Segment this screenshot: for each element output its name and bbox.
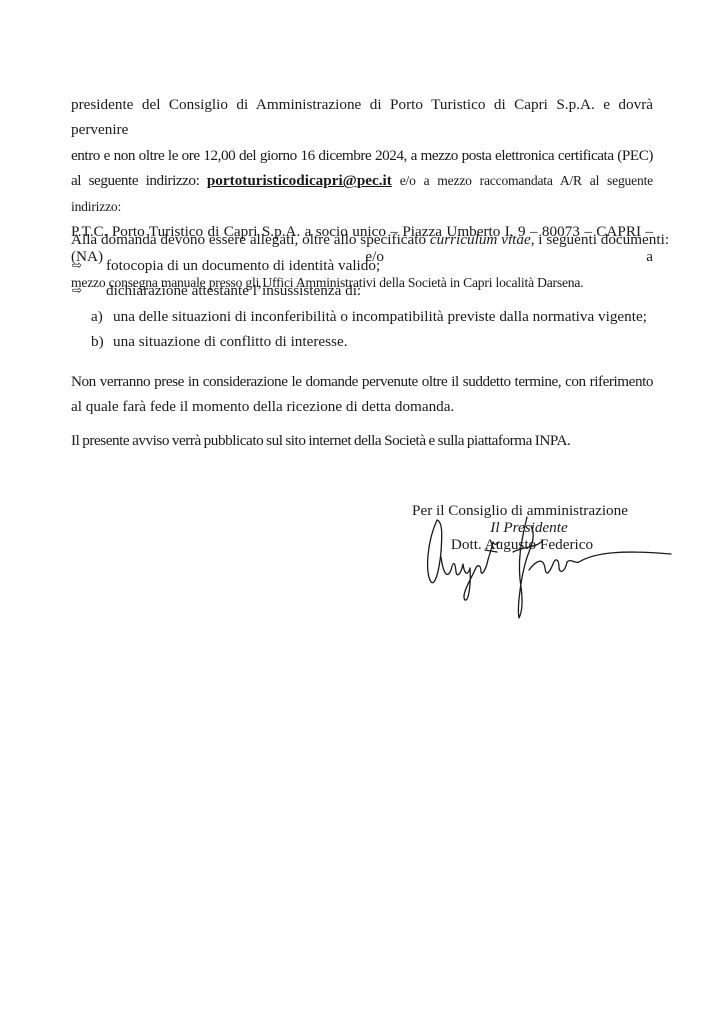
text-line: entro e non oltre le ore 12,00 del giorn… — [71, 143, 653, 168]
text-fragment: Alla domanda devono essere allegati, olt… — [71, 231, 430, 248]
sub-list-text: una situazione di conflitto di interesse… — [113, 329, 348, 354]
list-item-text: fotocopia di un documento di identità va… — [106, 253, 380, 278]
list-item-text: dichiarazione attestante l’insussistenza… — [106, 278, 361, 303]
text-fragment: al seguente indirizzo: — [71, 172, 207, 189]
text-line: al quale farà fede il momento della rice… — [71, 394, 653, 419]
sub-list-marker: b) — [91, 329, 104, 354]
paragraph-deadline-notice: Non verranno prese in considerazione le … — [71, 369, 653, 420]
curriculum-vitae-term: curriculum vitae — [430, 231, 531, 248]
list-item: ⇨ dichiarazione attestante l’insussisten… — [71, 278, 653, 303]
text-line: presidente del Consiglio di Amministrazi… — [71, 92, 653, 143]
signature-heading: Per il Consiglio di amministrazione — [400, 502, 640, 519]
signatory-name: Dott. Augusto Federico — [404, 536, 640, 553]
attachments-list: ⇨ fotocopia di un documento di identità … — [71, 253, 653, 355]
text-line: Non verranno prese in considerazione le … — [71, 369, 653, 394]
text-line: al seguente indirizzo: portoturisticodic… — [71, 168, 653, 219]
list-item: ⇨ fotocopia di un documento di identità … — [71, 253, 653, 278]
document-page: presidente del Consiglio di Amministrazi… — [0, 0, 724, 1024]
text-fragment: , i seguenti documenti: — [531, 231, 669, 248]
text-line: Il presente avviso verrà pubblicato sul … — [71, 428, 653, 453]
paragraph-publication-notice: Il presente avviso verrà pubblicato sul … — [71, 428, 653, 453]
paragraph-attachments-intro: Alla domanda devono essere allegati, olt… — [71, 227, 653, 252]
signatory-role: Il Presidente — [418, 519, 640, 536]
sub-list-item: a) una delle situazioni di inconferibili… — [71, 304, 653, 329]
text-line: Alla domanda devono essere allegati, olt… — [71, 227, 653, 252]
pec-email-link[interactable]: portoturisticodicapri@pec.it — [207, 172, 392, 189]
signature-block: Per il Consiglio di amministrazione Il P… — [400, 502, 640, 553]
sub-list-marker: a) — [91, 304, 103, 329]
arrow-right-icon: ⇨ — [72, 253, 82, 278]
sub-list-text: una delle situazioni di inconferibilità … — [113, 304, 647, 329]
arrow-right-icon: ⇨ — [72, 278, 82, 303]
sub-list-item: b) una situazione di conflitto di intere… — [71, 329, 653, 354]
